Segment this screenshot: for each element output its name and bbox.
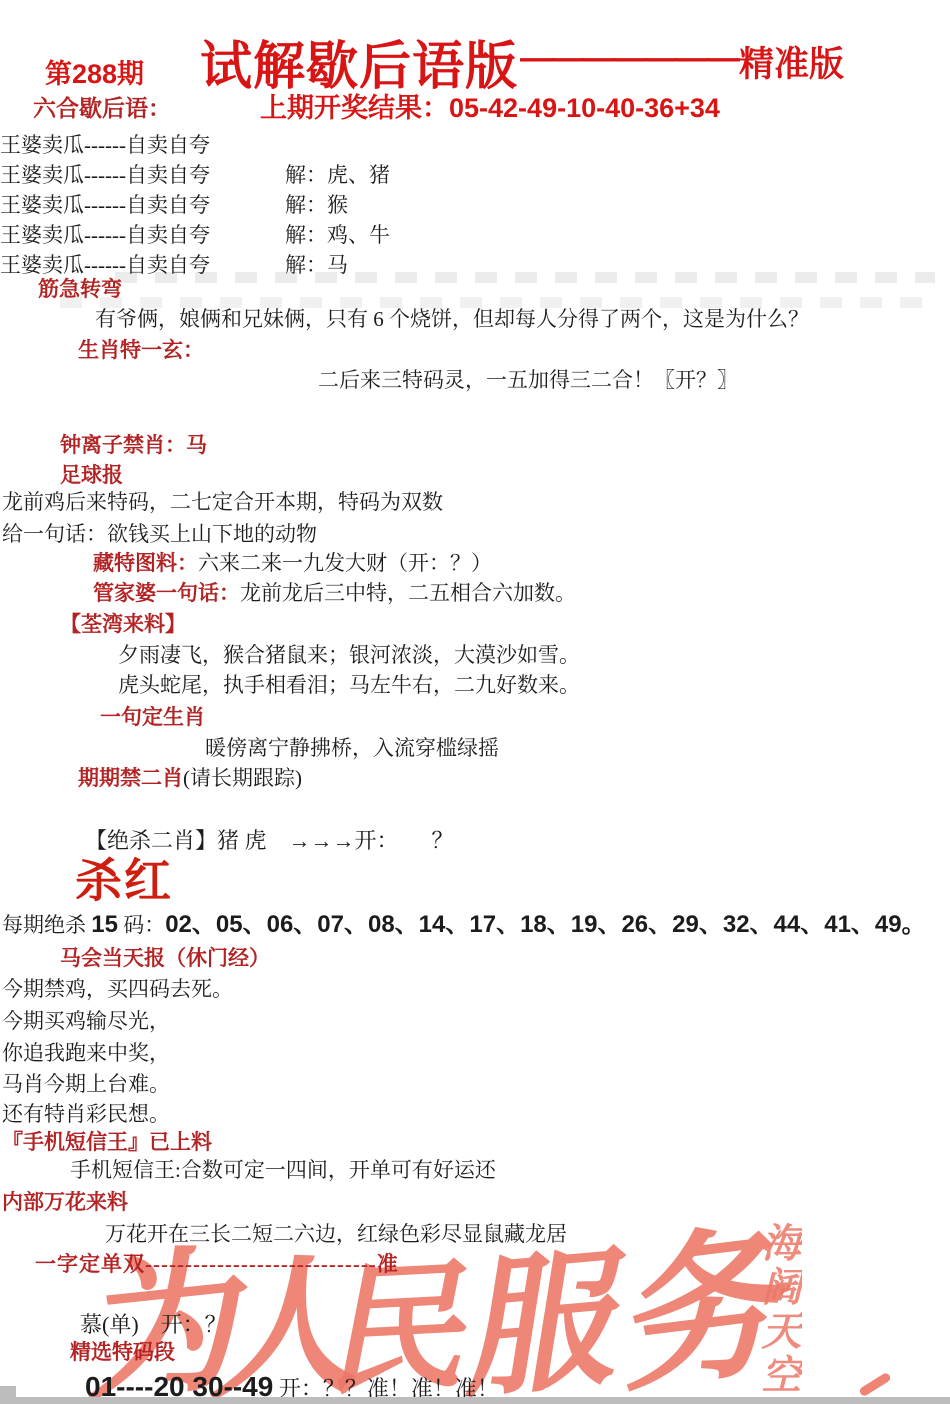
ban-two-note: (请长期跟踪) (183, 766, 302, 790)
masthead: 试解歇后语版———————精准版 (200, 24, 844, 99)
last-draw-result: 上期开奖结果：05-42-49-10-40-36+34 (260, 92, 720, 126)
special-segment-header: 精选特码段 (70, 1339, 175, 1365)
wanhua-line: 万花开在三长二短二六边，红绿色彩尽显鼠藏龙居 (105, 1221, 567, 1247)
guanjiapo-text: 龙前龙后三中特，二五相合六加数。 (240, 581, 576, 605)
soccer-report-header: 足球报 (60, 462, 123, 488)
kill-red-numbers: 02、05、06、07、08、14、17、18、19、26、29、32、44、4… (165, 911, 925, 938)
riddle-row: 王婆卖瓜------自卖自夸 解：猴 (0, 192, 950, 218)
riddle-phrase: 王婆卖瓜------自卖自夸 (0, 193, 210, 217)
quanwan-header: 【荃湾来料】 (60, 611, 186, 637)
scan-edge-bottom (0, 1397, 950, 1404)
column-header: 六合歇后语： (33, 95, 171, 124)
riddle-row: 王婆卖瓜------自卖自夸 (0, 132, 950, 158)
scan-edge-corner (0, 1386, 16, 1398)
quanwan-verse1: 夕雨凄飞，猴合猪鼠来；银河浓淡，大漠沙如雪。 (118, 642, 580, 668)
cangte-line: 藏特图料：六来二来一九发大财（开：？） (93, 550, 492, 576)
riddle-phrase: 王婆卖瓜------自卖自夸 (0, 133, 210, 157)
mu-odd-line: 慕(单) 开：？ (80, 1311, 227, 1339)
mahui-header: 马会当天报（休门经） (60, 945, 270, 971)
kill-red-title: 杀红 (75, 853, 173, 912)
riddle-phrase: 王婆卖瓜------自卖自夸 (0, 223, 210, 247)
guanjiapo-line: 管家婆一句话：龙前龙后三中特，二五相合六加数。 (93, 580, 576, 606)
cangte-label: 藏特图料： (93, 551, 198, 575)
watermark-stray-stroke (858, 1372, 892, 1398)
one-sentence-verse: 暖傍离宁静拂桥，入流穿槛绿摇 (205, 735, 499, 761)
mahui-line: 今期买鸡输尽光， (2, 1008, 170, 1034)
soccer-report-line2: 给一句话：欲钱买上山下地的动物 (2, 521, 317, 547)
mahui-line: 马肖今期上台难。 (2, 1071, 170, 1097)
riddle-answer: 解：鸡、牛 (285, 222, 390, 248)
riddle-answer: 解：马 (285, 252, 348, 278)
kill-red-prefix: 每期绝杀 (2, 913, 91, 937)
riddle-phrase: 王婆卖瓜------自卖自夸 (0, 253, 210, 277)
guanjiapo-label: 管家婆一句话： (93, 581, 240, 605)
watermark-vertical-text: 海阔天空 (758, 1222, 798, 1398)
wanhua-header: 内部万花来料 (2, 1189, 128, 1215)
page-title: 试解歇后语版 (200, 24, 518, 99)
ban-two-label: 期期禁二肖 (78, 766, 183, 790)
riddle-row: 王婆卖瓜------自卖自夸 解：鸡、牛 (0, 222, 950, 248)
riddle-row: 王婆卖瓜------自卖自夸 解：虎、猪 (0, 162, 950, 188)
sms-king-header: 『手机短信王』已上料 (2, 1129, 212, 1155)
riddle-phrase: 王婆卖瓜------自卖自夸 (0, 163, 210, 187)
page-title-suffix: 精准版 (739, 37, 844, 87)
riddle-answer: 解：虎、猪 (285, 162, 390, 188)
page: 为 人 民 服 务 海阔天空 试解歇后语版———————精准版 第288期 六合… (0, 0, 950, 1404)
zodiac-mystery-header: 生肖特一玄： (78, 337, 204, 363)
quanwan-verse2: 虎头蛇尾，执手相看泪；马左牛右，二九好数来。 (118, 672, 580, 698)
mahui-line: 你追我跑来中奖， (2, 1040, 170, 1066)
issue-number: 第288期 (45, 58, 144, 92)
soccer-report-line1: 龙前鸡后来特码，二七定合开本期，特码为双数 (2, 489, 443, 515)
kill-two-line: 【绝杀二肖】猪 虎 →→→开： ？ (85, 827, 454, 855)
sms-king-line: 手机短信王:合数可定一四间，开单可有好运还 (70, 1157, 496, 1183)
brain-teaser-header: 筋急转弯 (38, 276, 122, 302)
mahui-line: 今期禁鸡，买四码去死。 (2, 976, 233, 1002)
zodiac-mystery-verse: 二后来三特码灵，一五加得三二合！〖开？〗 (318, 367, 738, 393)
mahui-line: 还有特肖彩民想。 (2, 1101, 170, 1127)
kill-red-mid: 码： (118, 913, 165, 937)
riddle-row: 王婆卖瓜------自卖自夸 解：马 (0, 252, 950, 278)
brain-teaser-question: 有爷俩，娘俩和兄妹俩，只有 6 个烧饼，但却每人分得了两个，这是为什么？ (95, 306, 809, 332)
zhongli-ban: 钟离子禁肖：马 (60, 432, 207, 458)
riddle-answer: 解：猴 (285, 192, 348, 218)
kill-red-numbers-line: 每期绝杀 15 码：02、05、06、07、08、14、17、18、19、26、… (2, 910, 926, 940)
one-sentence-header: 一句定生肖 (100, 704, 205, 730)
title-dashes: ——————— (520, 39, 737, 78)
ban-two-line: 期期禁二肖(请长期跟踪) (78, 765, 302, 791)
odd-even-line: 一字定单双-----------------------------准 (35, 1251, 399, 1277)
cangte-text: 六来二来一九发大财（开：？） (198, 551, 492, 575)
kill-red-count: 15 (91, 911, 118, 938)
